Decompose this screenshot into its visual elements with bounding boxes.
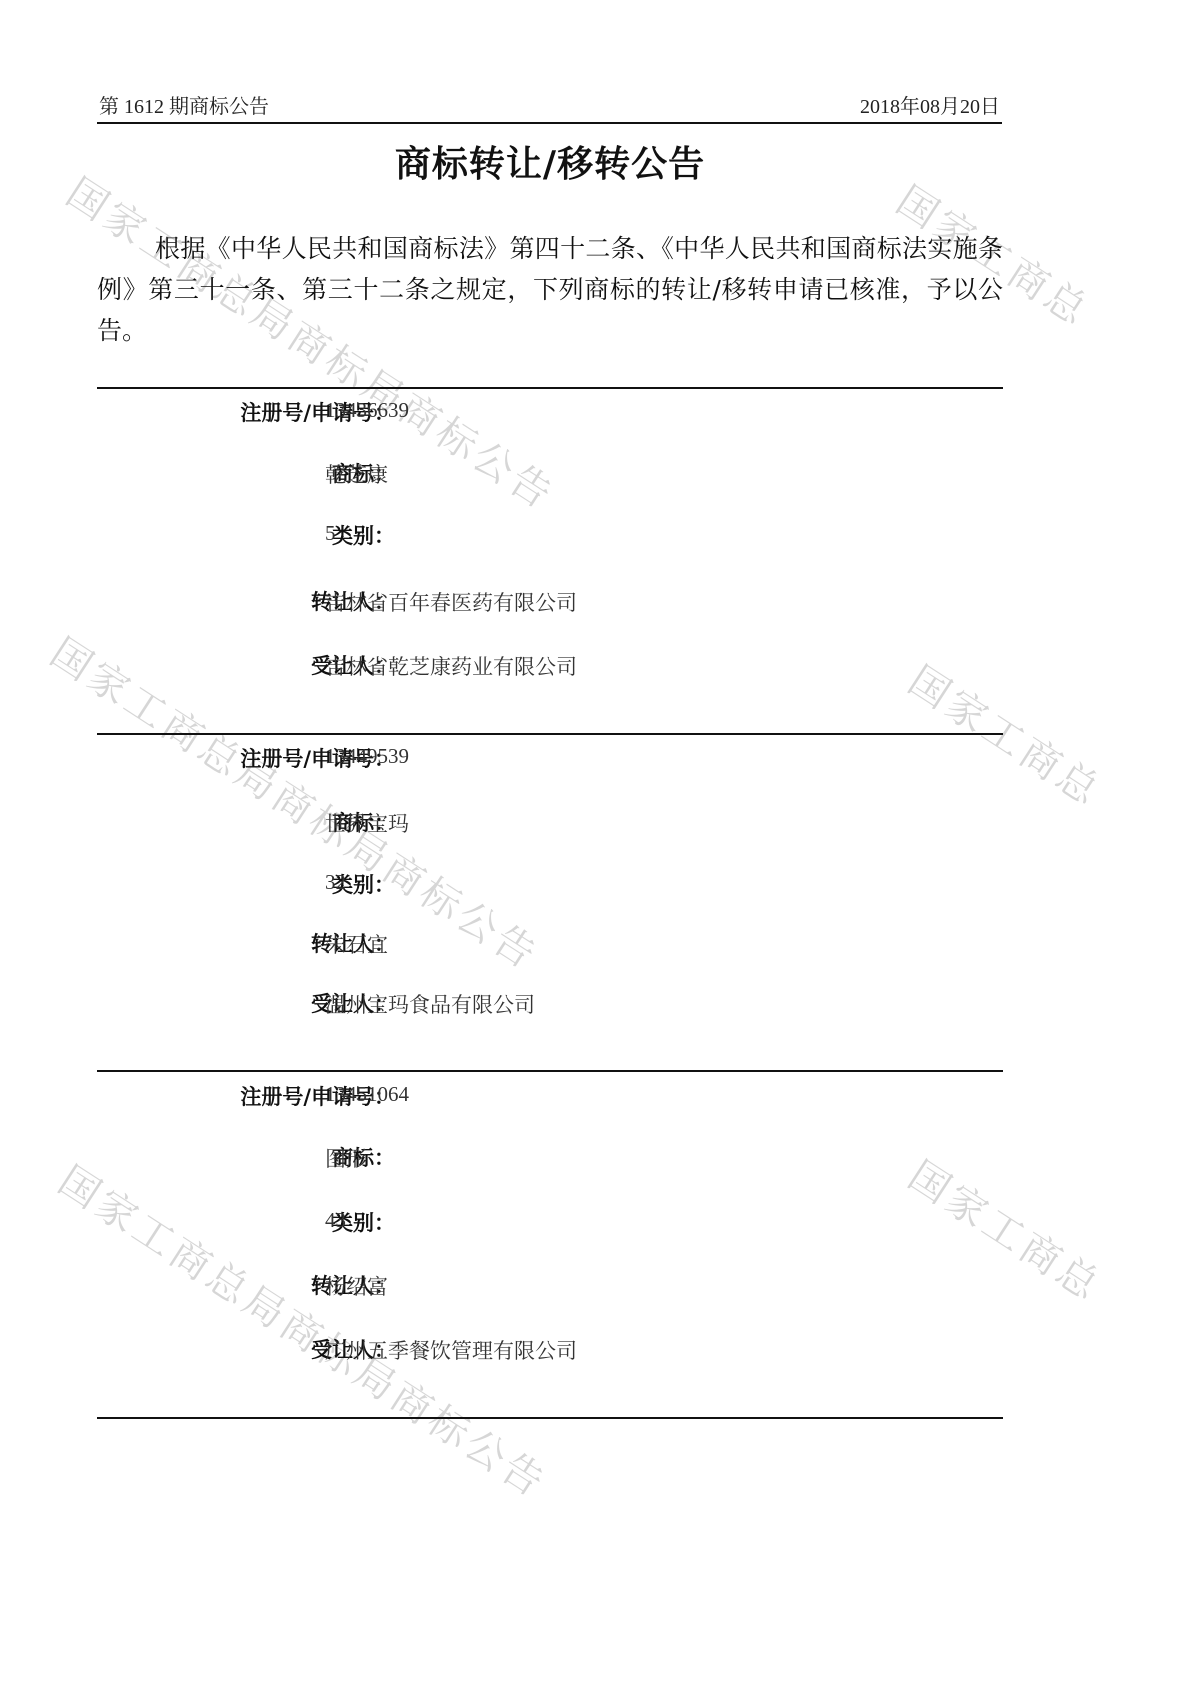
row-class: 类别： 43 xyxy=(97,1207,1003,1241)
value-class: 5 xyxy=(325,521,336,546)
value-trademark: 乾芝康 xyxy=(325,459,388,489)
row-transferee: 受让人： 吉林省乾芝康药业有限公司 xyxy=(97,650,1003,684)
row-reg-no: 注册号/申请号： 13451064 xyxy=(97,1081,1003,1115)
row-transferee: 受让人： 广州五季餐饮管理有限公司 xyxy=(97,1334,1003,1368)
value-transferor: 朱石宜 xyxy=(325,929,388,959)
watermark: 国家工商总局商标局商标公告 xyxy=(49,1150,560,1509)
value-transferee: 吉林省乾芝康药业有限公司 xyxy=(325,651,577,681)
value-transferor: 吉林省百年春医药有限公司 xyxy=(325,587,577,617)
page-title: 商标转让/移转公告 xyxy=(0,136,1100,187)
row-reg-no: 注册号/申请号： 13436639 xyxy=(97,397,1003,431)
label-class: 类别： xyxy=(332,520,395,550)
row-transferee: 受让人： 温州宝玛食品有限公司 xyxy=(97,988,1003,1022)
value-class: 32 xyxy=(325,870,346,895)
value-trademark: 图形 xyxy=(325,1143,367,1173)
divider xyxy=(97,1417,1003,1419)
row-trademark: 商标： 乾芝康 xyxy=(97,458,1003,492)
value-reg-no: 13449539 xyxy=(325,744,409,769)
issue-number: 第 1612 期商标公告 xyxy=(99,90,269,119)
value-transferee: 广州五季餐饮管理有限公司 xyxy=(325,1335,577,1365)
divider xyxy=(97,733,1003,735)
value-trademark: 世界宝玛 xyxy=(325,808,409,838)
divider xyxy=(97,1070,1003,1072)
value-reg-no: 13436639 xyxy=(325,398,409,423)
value-transferee: 温州宝玛食品有限公司 xyxy=(325,989,535,1019)
row-reg-no: 注册号/申请号： 13449539 xyxy=(97,743,1003,777)
publication-date: 2018年08月20日 xyxy=(860,90,1000,119)
value-class: 43 xyxy=(325,1208,346,1233)
row-transferor: 转让人： 吉林省百年春医药有限公司 xyxy=(97,586,1003,620)
value-transferor: 杨绍富 xyxy=(325,1271,388,1301)
announcement-page: 国家工商总局商标局商标公告 国家工商总 国家工商总局商标局商标公告 国家工商总 … xyxy=(0,0,1190,1698)
row-transferor: 转让人： 杨绍富 xyxy=(97,1270,1003,1304)
row-class: 类别： 5 xyxy=(97,520,1003,554)
row-trademark: 商标： 图形 xyxy=(97,1142,1003,1176)
row-transferor: 转让人： 朱石宜 xyxy=(97,928,1003,962)
row-class: 类别： 32 xyxy=(97,869,1003,903)
value-reg-no: 13451064 xyxy=(325,1082,409,1107)
page-header: 第 1612 期商标公告 2018年08月20日 xyxy=(97,90,1002,124)
intro-paragraph: 根据《中华人民共和国商标法》第四十二条、《中华人民共和国商标法实施条例》第三十一… xyxy=(97,228,1003,351)
divider xyxy=(97,387,1003,389)
row-trademark: 商标： 世界宝玛 xyxy=(97,807,1003,841)
